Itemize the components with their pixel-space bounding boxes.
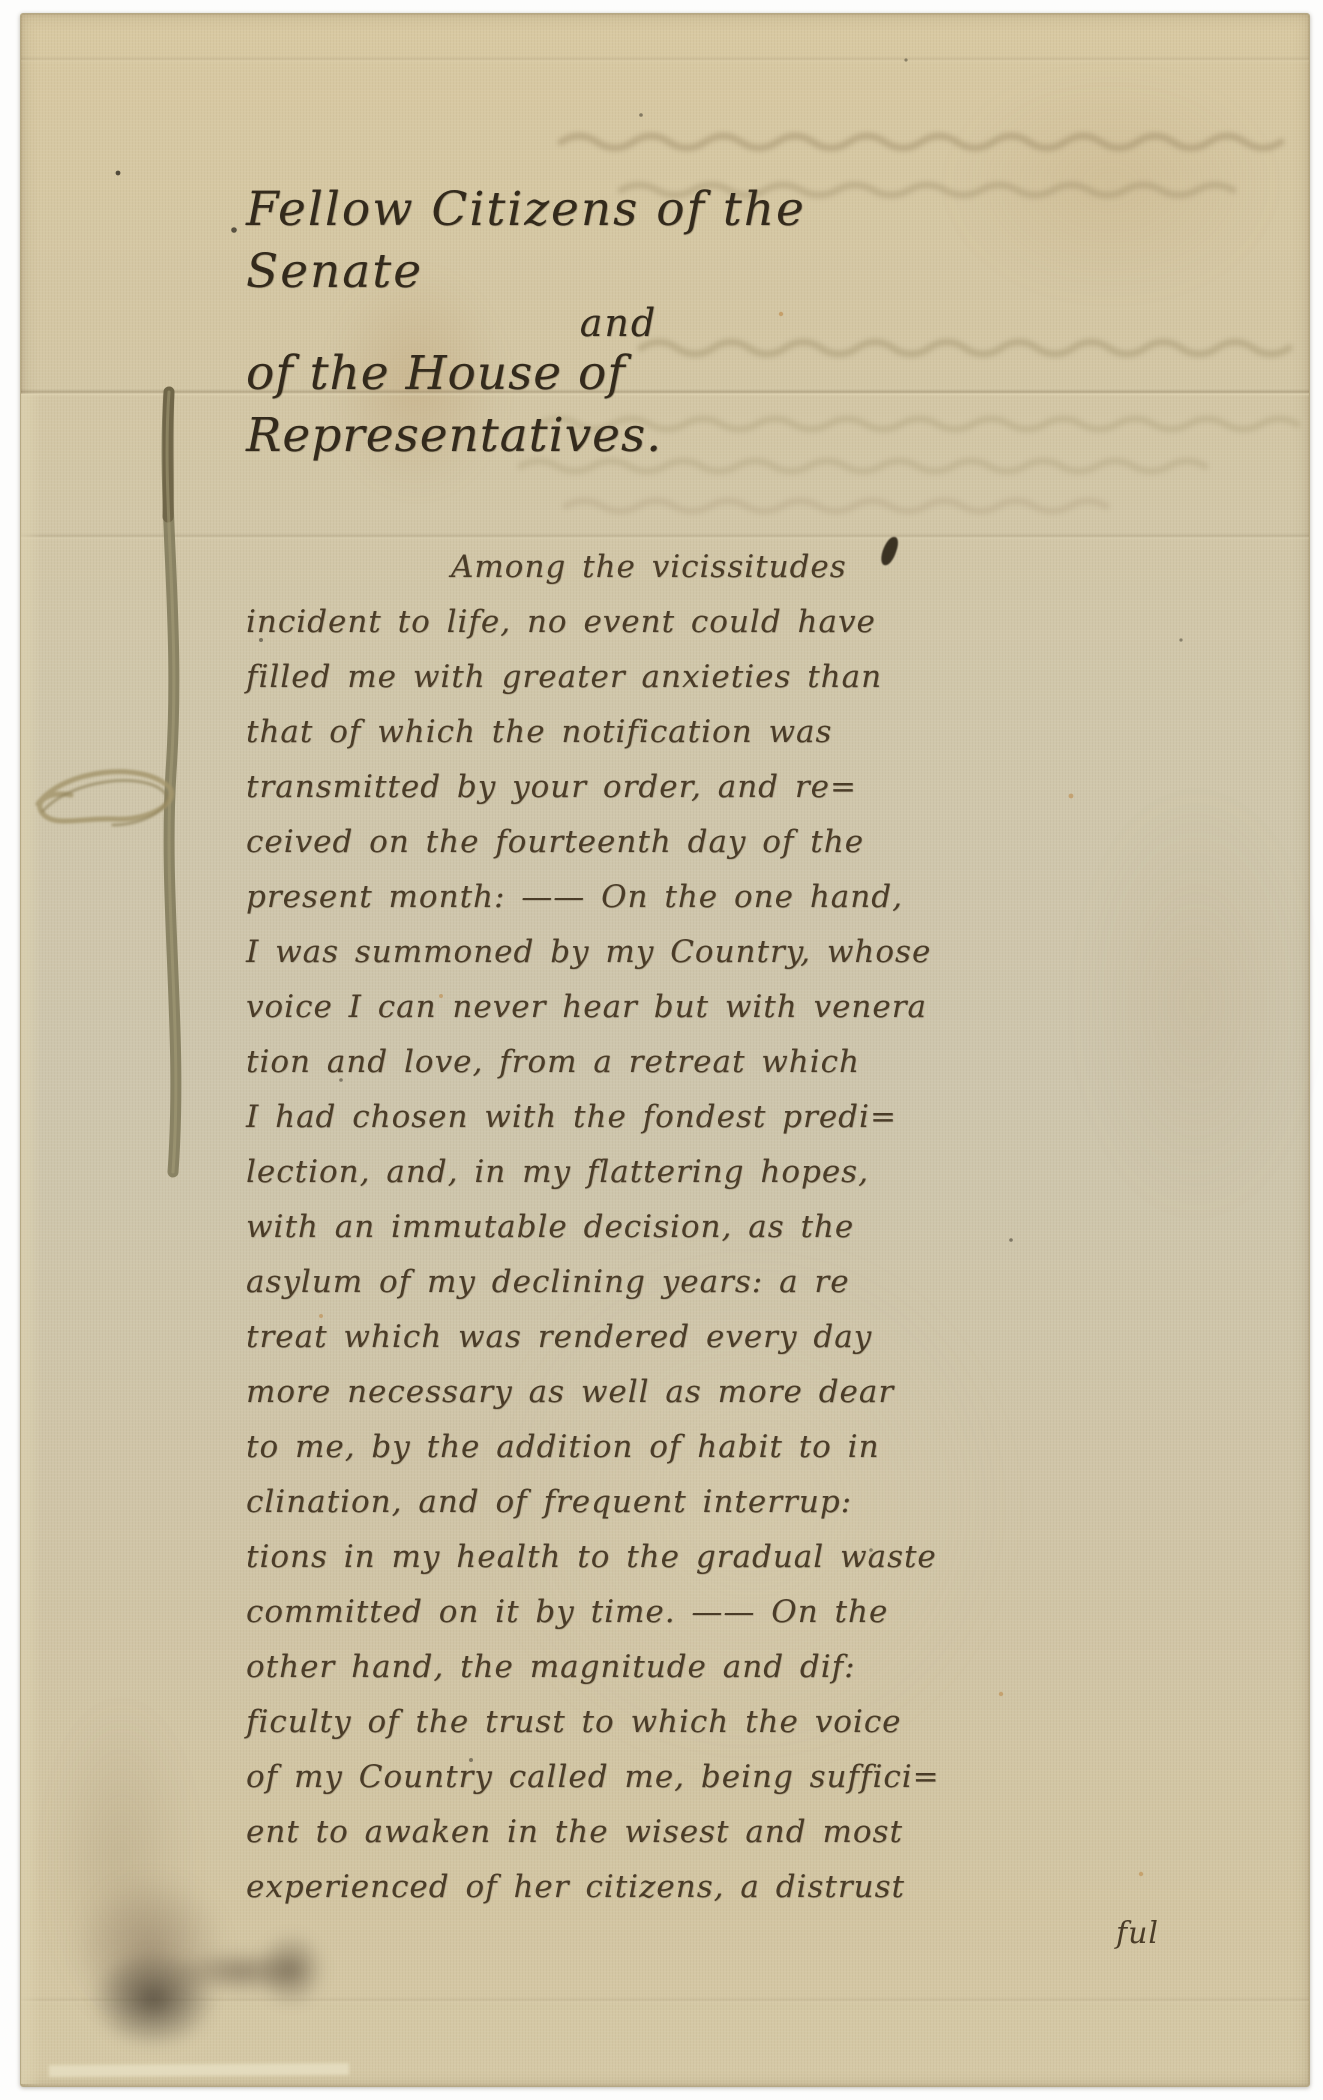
body-line: clination, and of frequent interrup: — [246, 1475, 1006, 1530]
ink-smudge-stain — [171, 1949, 311, 1994]
body-line: that of which the notification was — [246, 705, 1006, 760]
body-line: with an immutable decision, as the — [246, 1200, 1006, 1255]
salutation: Fellow Citizens of the Senate and of the… — [246, 179, 991, 467]
body-line: I was summoned by my Country, whose — [246, 925, 1006, 980]
body-line: of my Country called me, being suffici= — [246, 1750, 1006, 1805]
catchword: ful — [1116, 1916, 1159, 1951]
body-line: I had chosen with the fondest predi= — [246, 1090, 1006, 1145]
fold-crease — [21, 56, 1309, 63]
body-line: transmitted by your order, and re= — [246, 760, 1006, 815]
body-line: lection, and, in my flattering hopes, — [246, 1145, 1006, 1200]
salutation-line-1: Fellow Citizens of the Senate — [246, 179, 991, 303]
body-line: more necessary as well as more dear — [246, 1365, 1006, 1420]
manuscript-body: Among the vicissitudes incident to life,… — [246, 540, 1006, 1915]
body-line: asylum of my declining years: a re — [246, 1255, 1006, 1310]
body-line: present month: —— On the one hand, — [246, 870, 1006, 925]
body-line: incident to life, no event could have — [246, 595, 1006, 650]
bottom-deckle-edge — [49, 2063, 349, 2077]
body-line: tions in my health to the gradual waste — [246, 1530, 1006, 1585]
paper-stain — [1081, 794, 1311, 1214]
body-line: tion and love, from a retreat which — [246, 1035, 1006, 1090]
binding-ribbon — [139, 382, 199, 1182]
body-line: ceived on the fourteenth day of the — [246, 815, 1006, 870]
body-line: Among the vicissitudes — [246, 540, 1006, 595]
body-line: filled me with greater anxieties than — [246, 650, 1006, 705]
body-line: ficulty of the trust to which the voice — [246, 1695, 1006, 1750]
manuscript-page: Fellow Citizens of the Senate and of the… — [20, 13, 1310, 2087]
ink-smudge-stain — [76, 1874, 226, 2024]
salutation-line-3: of the House of Representatives. — [246, 343, 991, 467]
body-line: experienced of her citizens, a distrust — [246, 1860, 1006, 1915]
scanned-document-photo: Fellow Citizens of the Senate and of the… — [0, 0, 1323, 2100]
fold-crease — [21, 533, 1309, 540]
body-line: voice I can never hear but with venera — [246, 980, 1006, 1035]
thread-loop — [23, 749, 198, 854]
body-line: other hand, the magnitude and dif: — [246, 1640, 1006, 1695]
body-line: committed on it by time. —— On the — [246, 1585, 1006, 1640]
paper-stain — [51, 1704, 191, 2024]
body-line: ent to awaken in the wisest and most — [246, 1805, 1006, 1860]
ink-smudge-stain — [256, 1932, 326, 2007]
ink-smudge-stain — [91, 1949, 216, 2049]
paper-stain — [951, 74, 1271, 294]
page-edge-highlight — [21, 394, 41, 2084]
salutation-line-2: and — [246, 303, 991, 343]
body-line: treat which was rendered every day — [246, 1310, 1006, 1365]
fold-crease — [21, 1997, 1309, 2004]
body-line: to me, by the addition of habit to in — [246, 1420, 1006, 1475]
